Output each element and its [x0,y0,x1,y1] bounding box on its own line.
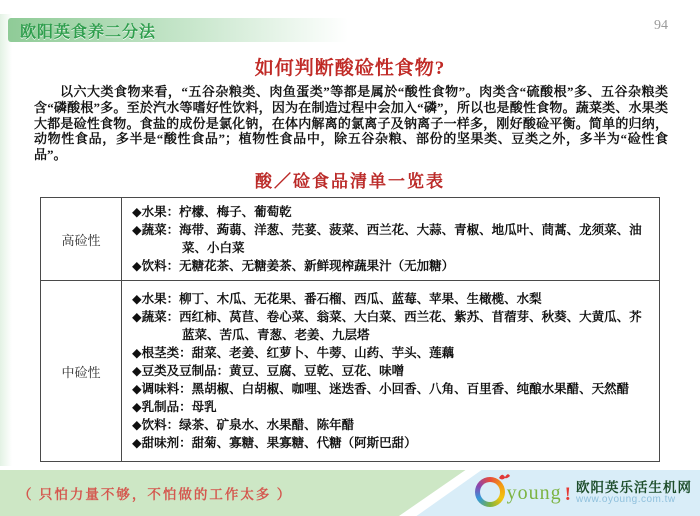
site-url: www.oyoung.com.tw [576,495,692,506]
page-number: 94 [654,18,668,34]
bird-icon [498,472,511,483]
row-label-high-alkaline: 高硷性 [41,198,122,281]
food-line: ◆蔬菜：西红柿、莴苣、卷心菜、翁菜、大白菜、西兰花、紫苏、苜蓿芽、秋葵、大黄瓜、… [132,308,651,344]
table-title: 酸／硷食品清单一览表 [0,167,700,192]
row-label-mid-alkaline: 中硷性 [41,281,122,462]
food-line: ◆调味料：黑胡椒、白胡椒、咖哩、迷迭香、小回香、八角、百里香、纯酿水果醋、天然醋 [132,380,651,398]
header-title: 欧阳英食养二分法 [20,19,156,42]
footer: （ 只怕力量不够，不怕做的工作太多 ） young ! 欧阳英乐活生机网 www… [0,470,700,516]
slide: 欧阳英食养二分法 94 如何判断酸硷性食物? 以六大类食物来看，“五谷杂粮类、肉… [0,0,700,516]
row-content-mid-alkaline: ◆水果：柳丁、木瓜、无花果、番石榴、西瓜、蓝莓、苹果、生橄榄、水梨 ◆蔬菜：西红… [122,281,660,462]
food-line: ◆饮料：无糖花茶、无糖姜茶、新鲜现榨蔬果汁（无加糖） [132,257,651,275]
food-line: ◆水果：柳丁、木瓜、无花果、番石榴、西瓜、蓝莓、苹果、生橄榄、水梨 [132,290,651,308]
site-name: 欧阳英乐活生机网 [576,481,692,495]
table-row: 高硷性 ◆水果：柠檬、梅子、葡萄乾 ◆蔬菜：海带、蒟蒻、洋葱、芫荽、菠菜、西兰花… [41,198,660,281]
food-line: ◆水果：柠檬、梅子、葡萄乾 [132,203,651,221]
page-title: 如何判断酸硷性食物? [0,53,700,80]
food-line: ◆乳制品：母乳 [132,398,651,416]
food-line: ◆豆类及豆制品：黄豆、豆腐、豆乾、豆花、味噌 [132,362,651,380]
logo-o-ring [475,477,507,509]
food-table: 高硷性 ◆水果：柠檬、梅子、葡萄乾 ◆蔬菜：海带、蒟蒻、洋葱、芫荽、菠菜、西兰花… [40,197,660,462]
food-line: ◆根茎类：甜菜、老姜、红萝卜、牛蒡、山药、芋头、莲藕 [132,344,651,362]
row-content-high-alkaline: ◆水果：柠檬、梅子、葡萄乾 ◆蔬菜：海带、蒟蒻、洋葱、芫荽、菠菜、西兰花、大蒜、… [122,198,660,281]
food-line: ◆蔬菜：海带、蒟蒻、洋葱、芫荽、菠菜、西兰花、大蒜、青椒、地瓜叶、茼蒿、龙须菜、… [132,221,651,257]
footer-slogan: （ 只怕力量不够，不怕做的工作太多 ） [18,483,292,503]
left-edge-decoration [0,14,12,466]
food-line: ◆甜味剂：甜菊、寡糖、果寡糖、代糖（阿斯巴甜） [132,434,651,452]
oyoung-logo: young ! 欧阳英乐活生机网 www.oyoung.com.tw [475,477,692,509]
intro-paragraph: 以六大类食物来看，“五谷杂粮类、肉鱼蛋类”等都是属於“酸性食物”。肉类含“硫酸根… [34,84,668,163]
food-line: ◆饮料：绿茶、矿泉水、水果醋、陈年醋 [132,416,651,434]
logo-young-text: young [507,482,562,505]
header-bar: 欧阳英食养二分法 [8,18,348,42]
logo-exclamation: ! [565,484,571,506]
table-row: 中硷性 ◆水果：柳丁、木瓜、无花果、番石榴、西瓜、蓝莓、苹果、生橄榄、水梨 ◆蔬… [41,281,660,462]
